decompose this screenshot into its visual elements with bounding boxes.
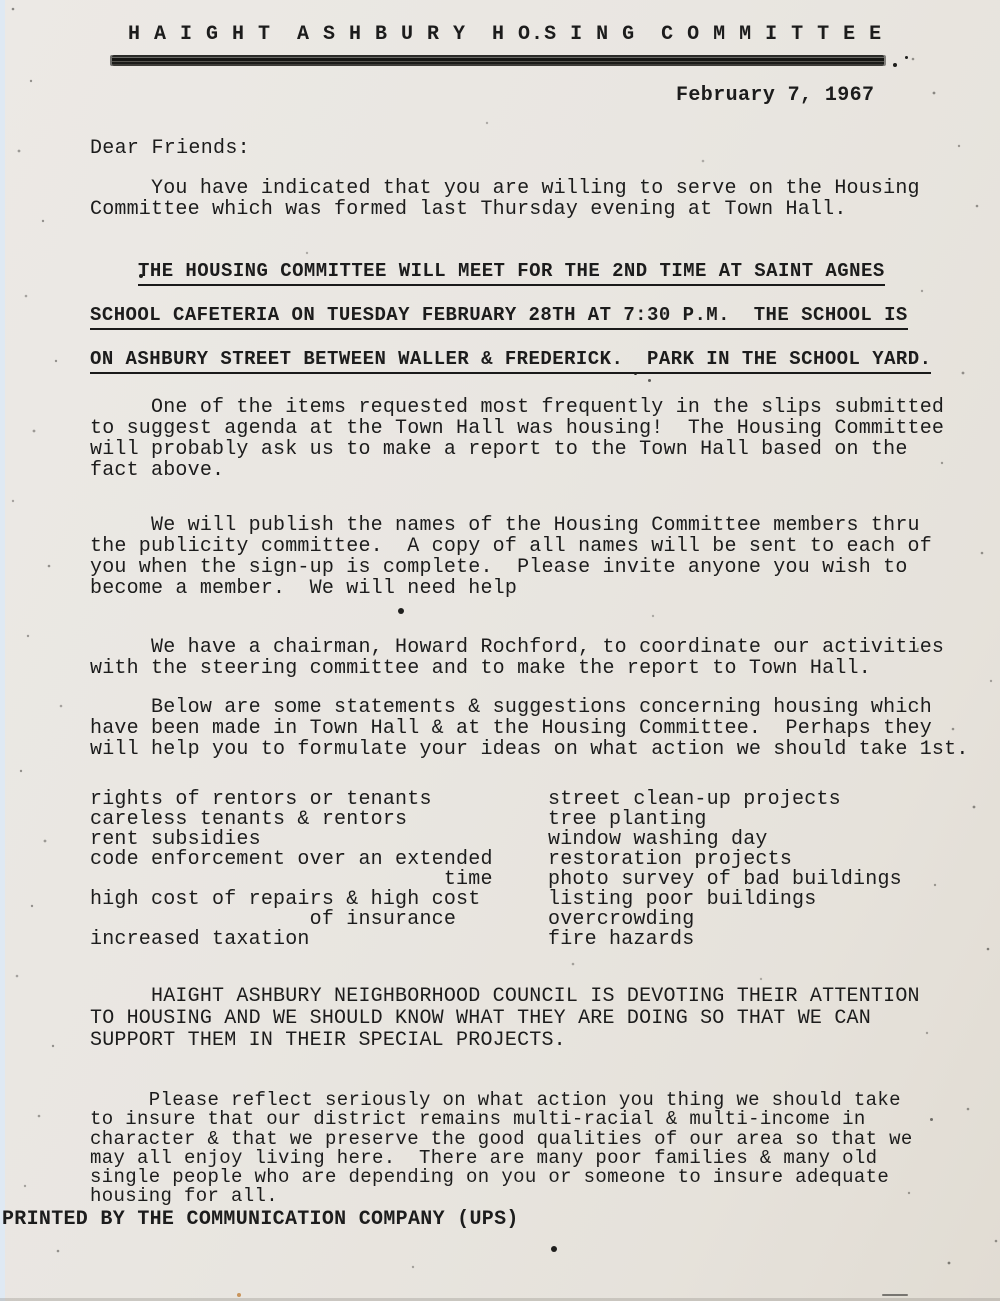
paragraph-neighborhood-council: HAIGHT ASHBURY NEIGHBORHOOD COUNCIL IS D… [90,986,920,1052]
list-item: fire hazards [548,930,1000,950]
notice-underlined-text: SCHOOL CAFETERIA ON TUESDAY FEBRUARY 28T… [90,304,908,330]
list-column-left: rights of rentors or tenants careless te… [90,790,548,950]
list-item: increased taxation [90,930,548,950]
scan-edge-left [0,0,5,1301]
stray-ink-dot [905,56,908,59]
list-item: rent subsidies [90,830,548,850]
list-item: tree planting [548,810,1000,830]
stray-ink-dot [634,372,637,375]
list-item: window washing day [548,830,1000,850]
footer-credit: PRINTED BY THE COMMUNICATION COMPANY (UP… [2,1208,519,1231]
list-item: street clean-up projects [548,790,1000,810]
list-item: overcrowding [548,910,1000,930]
meeting-notice-line-1: THE HOUSING COMMITTEE WILL MEET FOR THE … [90,260,885,286]
list-item: photo survey of bad buildings [548,870,1000,890]
paragraph-suggestions: Below are some statements & suggestions … [90,697,969,760]
suggestions-list: rights of rentors or tenants careless te… [90,790,1000,950]
list-item: code enforcement over an extended [90,850,548,870]
date-line: February 7, 1967 [676,84,874,107]
paragraph-agenda: One of the items requested most frequent… [90,397,944,481]
paragraph-intro: You have indicated that you are willing … [90,178,920,220]
scan-artifact-dot [237,1293,241,1297]
paragraph-chairman: We have a chairman, Howard Rochford, to … [90,637,944,679]
list-item: high cost of repairs & high cost [90,890,548,910]
stray-ink-dot [930,1118,933,1121]
scan-speckles [0,0,2,2]
paragraph-closing: Please reflect seriously on what action … [90,1091,913,1207]
stray-ink-dot [893,63,897,67]
letterhead-rule [112,55,884,66]
salutation: Dear Friends: [90,137,250,160]
list-item: rights of rentors or tenants [90,790,548,810]
stray-ink-dot [648,379,651,382]
list-item-continuation: time [90,870,548,890]
paragraph-publish: We will publish the names of the Housing… [90,515,932,599]
stray-ink-dot [551,1246,557,1252]
list-item: restoration projects [548,850,1000,870]
stray-ink-dot [398,608,404,614]
list-item: careless tenants & rentors [90,810,548,830]
meeting-notice-line-3: ON ASHBURY STREET BETWEEN WALLER & FREDE… [90,348,931,374]
list-column-right: street clean-up projects tree planting w… [548,790,1000,950]
list-item-continuation: of insurance [90,910,548,930]
scan-artifact-dash [882,1294,908,1296]
meeting-notice-line-2: SCHOOL CAFETERIA ON TUESDAY FEBRUARY 28T… [90,304,908,330]
letterhead-title: H A I G H T A S H B U R Y H O.S I N G C … [128,23,882,46]
list-item: listing poor buildings [548,890,1000,910]
notice-underlined-text: ON ASHBURY STREET BETWEEN WALLER & FREDE… [90,348,931,374]
letter-page: H A I G H T A S H B U R Y H O.S I N G C … [0,0,1000,1301]
stray-ink-dot [139,274,143,278]
notice-underlined-text: THE HOUSING COMMITTEE WILL MEET FOR THE … [138,260,885,286]
